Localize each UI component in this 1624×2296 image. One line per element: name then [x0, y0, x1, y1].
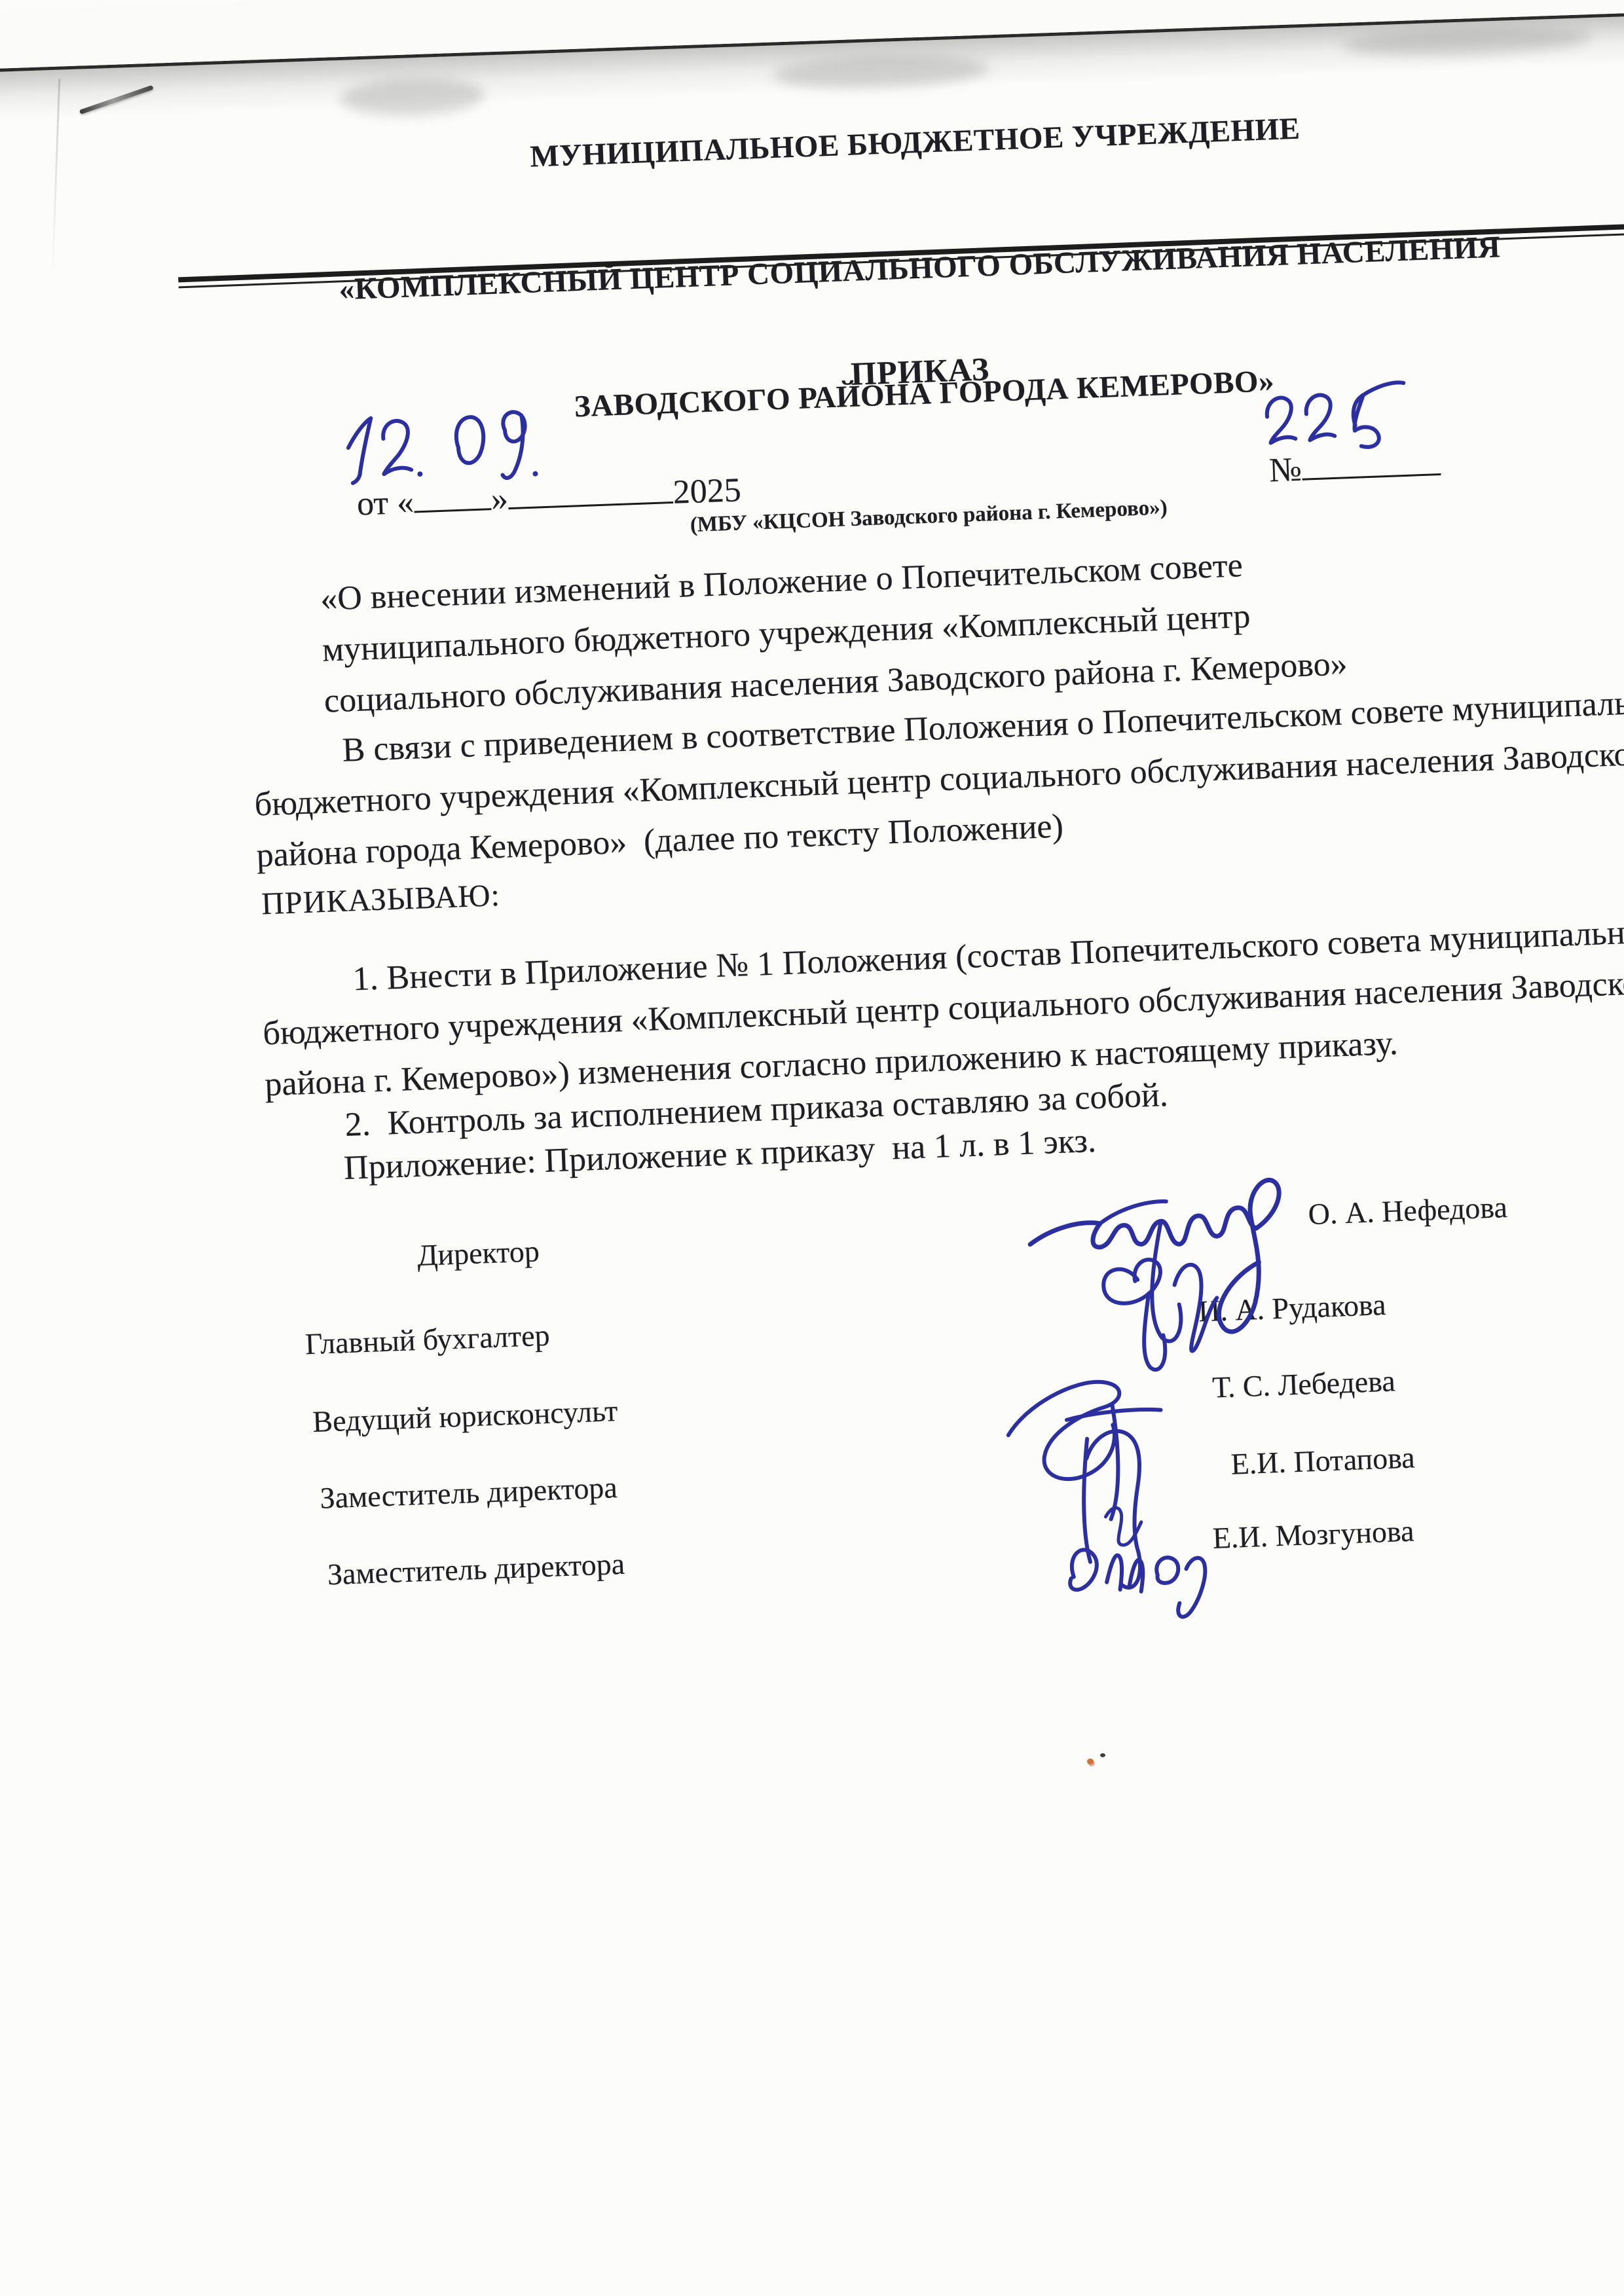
signatory-position: Директор	[416, 1233, 540, 1273]
number-blank	[1302, 473, 1441, 481]
signatory-position: Заместитель директора	[327, 1546, 625, 1592]
scanned-document-page: МУНИЦИПАЛЬНОЕ БЮДЖЕТНОЕ УЧРЕЖДЕНИЕ «КОМП…	[0, 0, 1624, 2296]
date-day-blank	[415, 508, 492, 513]
signatory-position: Ведущий юрисконсульт	[312, 1393, 618, 1439]
signatory-position: Главный бухгалтер	[304, 1318, 550, 1362]
document-content: МУНИЦИПАЛЬНОЕ БЮДЖЕТНОЕ УЧРЕЖДЕНИЕ «КОМП…	[92, 0, 1624, 2264]
decree-word: ПРИКАЗЫВАЮ:	[261, 877, 501, 922]
date-year: 2025	[673, 471, 742, 511]
handwritten-number-ink	[1250, 369, 1411, 460]
signatory-position: Заместитель директора	[320, 1470, 618, 1516]
signature-mozgunova-ink	[1044, 1512, 1218, 1635]
signatory-name: Е.И. Мозгунова	[1212, 1514, 1415, 1556]
signatory-name: Е.И. Потапова	[1230, 1440, 1416, 1481]
handwritten-date-ink	[322, 395, 547, 501]
date-month-blank	[508, 501, 673, 509]
org-name-line1: МУНИЦИПАЛЬНОЕ БЮДЖЕТНОЕ УЧРЕЖДЕНИЕ	[149, 94, 1624, 192]
